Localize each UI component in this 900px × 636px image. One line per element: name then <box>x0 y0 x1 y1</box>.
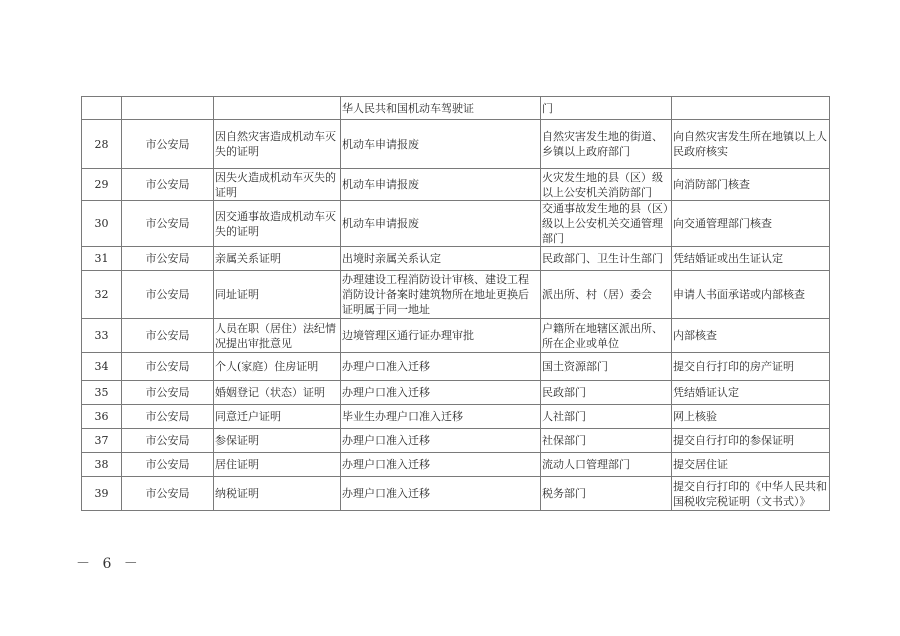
cell-department: 市公安局 <box>122 477 214 511</box>
table-row: 35 市公安局 婚姻登记（状态）证明 办理户口准入迁移 民政部门 凭结婚证认定 <box>82 381 830 405</box>
cell-issuer: 流动人口管理部门 <box>541 453 672 477</box>
cell-alternative: 网上核验 <box>672 405 830 429</box>
cell-issuer: 国土资源部门 <box>541 353 672 381</box>
cell-certificate: 纳税证明 <box>214 477 341 511</box>
table-row: 33 市公安局 人员在职（居住）法纪情况提出审批意见 边境管理区通行证办理审批 … <box>82 319 830 353</box>
cell-department: 市公安局 <box>122 169 214 201</box>
cell-no <box>82 97 122 120</box>
cell-certificate: 因交通事故造成机动车灭失的证明 <box>214 201 341 247</box>
cell-certificate <box>214 97 341 120</box>
table-row: 29 市公安局 因失火造成机动车灭失的证明 机动车申请报废 火灾发生地的县（区）… <box>82 169 830 201</box>
cell-alternative: 内部核查 <box>672 319 830 353</box>
cell-no: 39 <box>82 477 122 511</box>
cell-issuer: 人社部门 <box>541 405 672 429</box>
cell-matter: 毕业生办理户口准入迁移 <box>341 405 541 429</box>
cell-matter: 办理户口准入迁移 <box>341 353 541 381</box>
cell-department: 市公安局 <box>122 201 214 247</box>
cell-issuer: 火灾发生地的县（区）级以上公安机关消防部门 <box>541 169 672 201</box>
cell-matter: 办理户口准入迁移 <box>341 453 541 477</box>
cell-department: 市公安局 <box>122 120 214 169</box>
cell-certificate: 居住证明 <box>214 453 341 477</box>
table-row: 38 市公安局 居住证明 办理户口准入迁移 流动人口管理部门 提交居住证 <box>82 453 830 477</box>
table-row: 39 市公安局 纳税证明 办理户口准入迁移 税务部门 提交自行打印的《中华人民共… <box>82 477 830 511</box>
cell-no: 32 <box>82 271 122 319</box>
cell-issuer: 自然灾害发生地的街道、乡镇以上政府部门 <box>541 120 672 169</box>
cell-certificate: 亲属关系证明 <box>214 247 341 271</box>
certificates-table: 华人民共和国机动车驾驶证 门 28 市公安局 因自然灾害造成机动车灭失的证明 机… <box>81 96 830 511</box>
table-row-continuation: 华人民共和国机动车驾驶证 门 <box>82 97 830 120</box>
cell-no: 37 <box>82 429 122 453</box>
cell-alternative: 申请人书面承诺或内部核查 <box>672 271 830 319</box>
cell-no: 33 <box>82 319 122 353</box>
cell-certificate: 同意迁户证明 <box>214 405 341 429</box>
cell-alternative: 凭结婚证认定 <box>672 381 830 405</box>
cell-alternative: 提交居住证 <box>672 453 830 477</box>
cell-certificate: 参保证明 <box>214 429 341 453</box>
cell-department: 市公安局 <box>122 405 214 429</box>
cell-matter: 办理建设工程消防设计审核、建设工程消防设计备案时建筑物所在地址更换后证明属于同一… <box>341 271 541 319</box>
cell-department <box>122 97 214 120</box>
cell-issuer: 民政部门、卫生计生部门 <box>541 247 672 271</box>
cell-matter: 机动车申请报废 <box>341 120 541 169</box>
page-number: － 6 － <box>76 553 142 573</box>
cell-alternative <box>672 97 830 120</box>
cell-issuer: 交通事故发生地的县（区）级以上公安机关交通管理部门 <box>541 201 672 247</box>
cell-matter: 办理户口准入迁移 <box>341 381 541 405</box>
table-row: 36 市公安局 同意迁户证明 毕业生办理户口准入迁移 人社部门 网上核验 <box>82 405 830 429</box>
cell-department: 市公安局 <box>122 353 214 381</box>
table-row: 34 市公安局 个人(家庭）住房证明 办理户口准入迁移 国土资源部门 提交自行打… <box>82 353 830 381</box>
cell-no: 38 <box>82 453 122 477</box>
cell-no: 31 <box>82 247 122 271</box>
cell-alternative: 向消防部门核查 <box>672 169 830 201</box>
cell-no: 29 <box>82 169 122 201</box>
cell-matter: 机动车申请报废 <box>341 169 541 201</box>
cell-no: 34 <box>82 353 122 381</box>
cell-alternative: 向自然灾害发生所在地镇以上人民政府核实 <box>672 120 830 169</box>
cell-no: 35 <box>82 381 122 405</box>
cell-certificate: 因失火造成机动车灭失的证明 <box>214 169 341 201</box>
cell-certificate: 个人(家庭）住房证明 <box>214 353 341 381</box>
table-row: 30 市公安局 因交通事故造成机动车灭失的证明 机动车申请报废 交通事故发生地的… <box>82 201 830 247</box>
cell-department: 市公安局 <box>122 247 214 271</box>
cell-certificate: 婚姻登记（状态）证明 <box>214 381 341 405</box>
cell-issuer: 社保部门 <box>541 429 672 453</box>
cell-department: 市公安局 <box>122 453 214 477</box>
document-page: 华人民共和国机动车驾驶证 门 28 市公安局 因自然灾害造成机动车灭失的证明 机… <box>0 0 900 636</box>
cell-certificate: 人员在职（居住）法纪情况提出审批意见 <box>214 319 341 353</box>
cell-certificate: 同址证明 <box>214 271 341 319</box>
cell-alternative: 凭结婚证或出生证认定 <box>672 247 830 271</box>
cell-alternative: 提交自行打印的房产证明 <box>672 353 830 381</box>
cell-issuer: 民政部门 <box>541 381 672 405</box>
table-row: 31 市公安局 亲属关系证明 出境时亲属关系认定 民政部门、卫生计生部门 凭结婚… <box>82 247 830 271</box>
cell-matter: 办理户口准入迁移 <box>341 477 541 511</box>
cell-alternative: 向交通管理部门核查 <box>672 201 830 247</box>
cell-matter: 机动车申请报废 <box>341 201 541 247</box>
cell-matter: 华人民共和国机动车驾驶证 <box>341 97 541 120</box>
cell-department: 市公安局 <box>122 381 214 405</box>
cell-matter: 办理户口准入迁移 <box>341 429 541 453</box>
cell-department: 市公安局 <box>122 271 214 319</box>
table-row: 32 市公安局 同址证明 办理建设工程消防设计审核、建设工程消防设计备案时建筑物… <box>82 271 830 319</box>
cell-matter: 出境时亲属关系认定 <box>341 247 541 271</box>
cell-department: 市公安局 <box>122 319 214 353</box>
table-row: 28 市公安局 因自然灾害造成机动车灭失的证明 机动车申请报废 自然灾害发生地的… <box>82 120 830 169</box>
cell-issuer: 派出所、村（居）委会 <box>541 271 672 319</box>
cell-matter: 边境管理区通行证办理审批 <box>341 319 541 353</box>
cell-issuer: 门 <box>541 97 672 120</box>
cell-issuer: 税务部门 <box>541 477 672 511</box>
table-row: 37 市公安局 参保证明 办理户口准入迁移 社保部门 提交自行打印的参保证明 <box>82 429 830 453</box>
cell-alternative: 提交自行打印的参保证明 <box>672 429 830 453</box>
cell-alternative: 提交自行打印的《中华人民共和国税收完税证明（文书式）》 <box>672 477 830 511</box>
cell-issuer: 户籍所在地辖区派出所、所在企业或单位 <box>541 319 672 353</box>
cell-certificate: 因自然灾害造成机动车灭失的证明 <box>214 120 341 169</box>
cell-no: 36 <box>82 405 122 429</box>
cell-no: 28 <box>82 120 122 169</box>
cell-no: 30 <box>82 201 122 247</box>
cell-department: 市公安局 <box>122 429 214 453</box>
